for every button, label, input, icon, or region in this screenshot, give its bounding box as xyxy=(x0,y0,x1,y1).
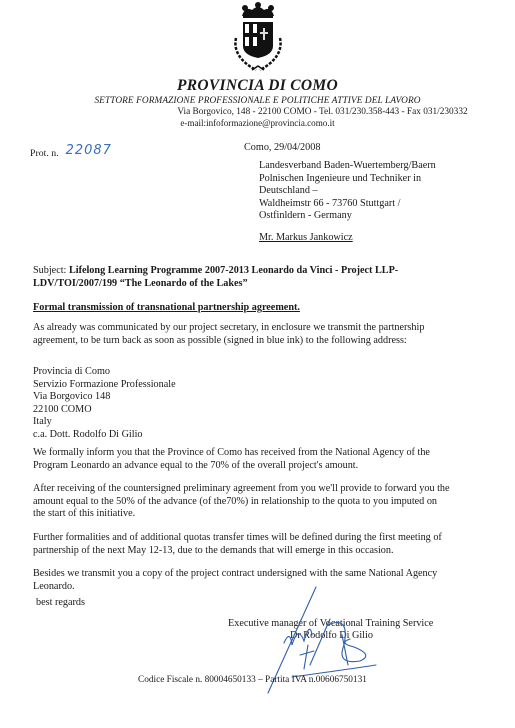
paragraph-advance: We formally inform you that the Province… xyxy=(33,447,493,472)
coat-of-arms-icon xyxy=(212,2,304,74)
subject-label: Subject: xyxy=(33,265,66,276)
return-address: Provincia di Como Servizio Formazione Pr… xyxy=(33,366,493,442)
paragraph-forwarding: After receiving of the countersigned pre… xyxy=(33,483,493,521)
address-line: c.a. Dott. Rodolfo Di Gilio xyxy=(33,429,493,442)
paragraph-line: Further formalities and of additional qu… xyxy=(33,532,493,545)
address-line: Via Borgovico 148 xyxy=(33,391,493,404)
protocol-handwritten-number: 22087 xyxy=(66,143,112,158)
letter-date: Como, 29/04/2008 xyxy=(244,142,320,155)
address-line: Servizio Formazione Professionale xyxy=(33,379,493,392)
address-line: Provincia di Como xyxy=(33,366,493,379)
subject: Subject: Lifelong Learning Programme 200… xyxy=(33,265,503,290)
paragraph-line: Program Leonardo an advance equal to the… xyxy=(33,460,493,473)
subject-heading: Formal transmission of transnational par… xyxy=(33,302,300,315)
letterhead-sector: SETTORE FORMAZIONE PROFESSIONALE E POLIT… xyxy=(0,96,515,106)
subject-line-2: LDV/TOI/2007/199 “The Leonardo of the La… xyxy=(33,278,248,289)
paragraph-line: Besides we transmit you a copy of the pr… xyxy=(33,568,493,581)
paragraph-line: partnership of the next May 12-13, due t… xyxy=(33,545,493,558)
letterhead-email: e-mail:infoformazione@provincia.como.it xyxy=(0,118,515,128)
letterhead-title: PROVINCIA DI COMO xyxy=(0,77,515,95)
footer-tax-info: Codice Fiscale n. 80004650133 – Partita … xyxy=(138,675,367,685)
recipient-line: Ostfinldern - Germany xyxy=(259,210,509,223)
paragraph-line: the start of this initiative. xyxy=(33,508,493,521)
paragraph-formalities: Further formalities and of additional qu… xyxy=(33,532,493,557)
address-line: Italy xyxy=(33,416,493,429)
recipient-line: Waldheimstr 66 - 73760 Stuttgart / xyxy=(259,198,509,211)
paragraph-line: As already was communicated by our proje… xyxy=(33,322,493,335)
recipient-line: Deutschland – xyxy=(259,185,509,198)
paragraph-line: We formally inform you that the Province… xyxy=(33,447,493,460)
paragraph-enclosure: As already was communicated by our proje… xyxy=(33,322,493,347)
address-line: 22100 COMO xyxy=(33,404,493,417)
letterhead-address: Via Borgovico, 148 - 22100 COMO - Tel. 0… xyxy=(130,107,515,117)
recipient-attention: Mr. Markus Jankowicz xyxy=(259,232,353,245)
subject-line-1: Lifelong Learning Programme 2007-2013 Le… xyxy=(69,265,398,276)
protocol-number: Prot. n. 22087 xyxy=(30,143,112,161)
paragraph-line: amount equal to the 50% of the advance (… xyxy=(33,496,493,509)
protocol-label: Prot. n. xyxy=(30,148,59,159)
recipient-address: Landesverband Baden-Wuertemberg/Baern Po… xyxy=(259,160,509,223)
paragraph-line: agreement, to be turn back as soon as po… xyxy=(33,335,493,348)
closing: best regards xyxy=(36,597,85,610)
recipient-line: Landesverband Baden-Wuertemberg/Baern xyxy=(259,160,509,173)
paragraph-line: After receiving of the countersigned pre… xyxy=(33,483,493,496)
recipient-line: Polnischen Ingenieure und Techniker in xyxy=(259,173,509,186)
